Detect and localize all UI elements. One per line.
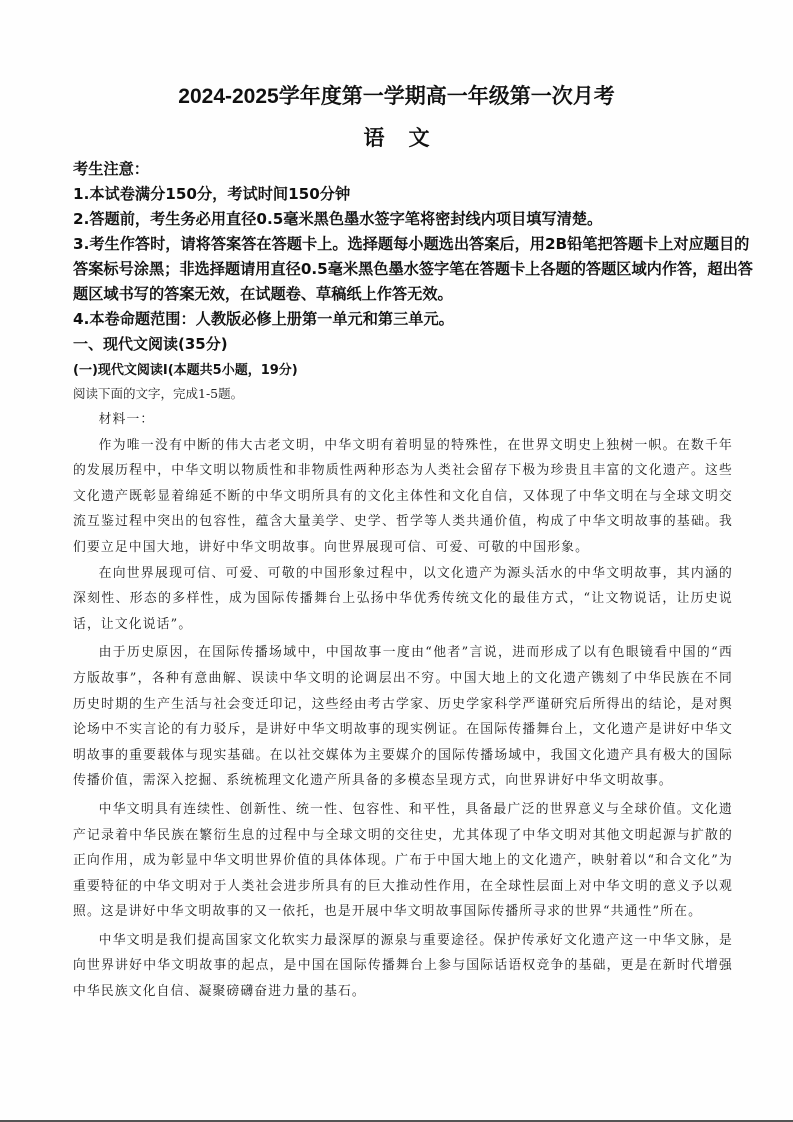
subsection-heading: (一)现代文阅读Ⅰ(本题共5小题，19分) [73,359,298,378]
notice-item: 4.本卷命题范围：人教版必修上册第一单元和第三单元。 [73,307,753,332]
subject-char: 文 [409,122,430,152]
material-paragraph: 由于历史原因，在国际传播场域中，中国故事一度由“他者”言说，进而形成了以有色眼镜… [73,640,733,794]
exam-page: 2024-2025学年度第一学期高一年级第一次月考 语文 考生注意： 1.本试卷… [0,0,793,1122]
reading-instruction: 阅读下面的文字，完成1-5题。 [73,384,243,402]
reading-material: 材料一： 作为唯一没有中断的伟大古老文明，中华文明有着明显的特殊性，在世界文明史… [73,407,733,1005]
notice-item: 1.本试卷满分150分，考试时间150分钟 [73,182,753,207]
subject-title: 语文 [0,122,793,152]
notice-item: 2.答题前，考生务必用直径0.5毫米黑色墨水签字笔将密封线内项目填写清楚。 [73,207,753,232]
section-heading: 一、现代文阅读(35分) [73,333,228,354]
exam-title: 2024-2025学年度第一学期高一年级第一次月考 [0,80,793,110]
material-paragraph: 中华文明具有连续性、创新性、统一性、包容性、和平性，具备最广泛的世界意义与全球价… [73,797,733,925]
material-label: 材料一： [73,407,733,433]
material-paragraph: 作为唯一没有中断的伟大古老文明，中华文明有着明显的特殊性，在世界文明史上独树一帜… [73,433,733,561]
material-paragraph: 中华文明是我们提高国家文化软实力最深厚的源泉与重要途径。保护传承好文化遗产这一中… [73,928,733,1005]
exam-notice: 考生注意： 1.本试卷满分150分，考试时间150分钟 2.答题前，考生务必用直… [73,157,753,332]
notice-heading: 考生注意： [73,157,753,182]
notice-item: 3.考生作答时，请将答案答在答题卡上。选择题每小题选出答案后，用2B铅笔把答题卡… [73,232,753,307]
subject-char: 语 [364,122,385,152]
material-paragraph: 在向世界展现可信、可爱、可敬的中国形象过程中，以文化遗产为源头活水的中华文明故事… [73,561,733,638]
